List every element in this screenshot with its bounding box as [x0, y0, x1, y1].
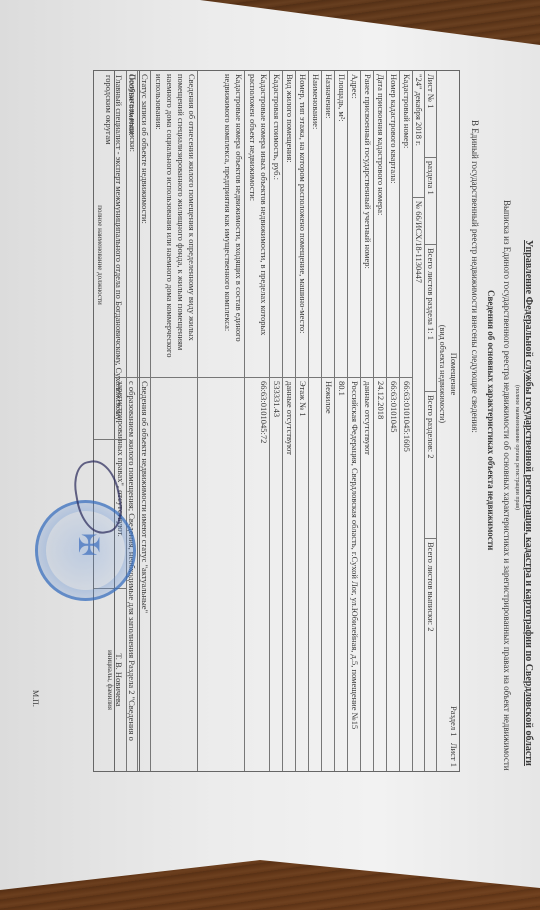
fields-list: Кадастровый номер:66:63:0101045:1605Номе…	[115, 71, 412, 771]
total-sections: Всего разделов: 2	[425, 392, 436, 539]
field-value: 66:63:0101045:1605	[400, 378, 412, 771]
official-name: Т. В. Новичева	[114, 593, 124, 767]
field-label: Кадастровая стоимость, руб.:	[270, 71, 282, 378]
object-type-row: Помещение (вид объекта недвижимости) Раз…	[436, 71, 459, 771]
field-value: данные отсутствуют	[283, 378, 295, 771]
intro-text: В Единый государственный реестр недвижим…	[470, 120, 480, 433]
characteristics-table: Помещение (вид объекта недвижимости) Раз…	[114, 70, 460, 772]
extract-number: № 66/ИСХ/18-1130447	[413, 198, 424, 771]
field-value: 66:63:0101045	[387, 378, 399, 771]
section-label: Раздел 1	[449, 706, 459, 736]
field-value: 533331.43	[270, 378, 282, 771]
field-label: Дата присвоения кадастрового номера:	[374, 71, 386, 378]
field-value: 66:63:0101045:72	[245, 378, 269, 771]
eagle-emblem-icon: ✠	[71, 533, 105, 556]
field-label: Сведения об отнесении жилого помещения к…	[151, 71, 197, 378]
field-label: Вид жилого помещения:	[283, 71, 295, 378]
authority-note: (полное наименование органа регистрации …	[514, 385, 520, 510]
sheet-number: Лист № 1	[425, 71, 436, 158]
position-note: полное наименование должности	[96, 75, 104, 435]
field-row: Ранее присвоенный государственный учетны…	[360, 71, 373, 771]
sheet-label: Лист 1	[449, 743, 459, 767]
field-value: Этаж № 1	[296, 378, 308, 771]
seal-place-label: М.П.	[31, 690, 40, 707]
field-label: Номер кадастрового квартала:	[387, 71, 399, 378]
field-row: Наименование:	[308, 71, 321, 771]
recipient-block: Получатель выписки: Главный специалист -…	[93, 70, 140, 772]
field-row: Сведения об отнесении жилого помещения к…	[150, 71, 197, 771]
field-value	[309, 378, 321, 771]
section-title: Сведения об основных характеристиках объ…	[486, 290, 496, 550]
section-name: раздела 1	[425, 158, 436, 245]
field-value: данные отсутствуют	[361, 378, 373, 771]
object-type-note: (вид объекта недвижимости)	[437, 74, 448, 674]
total-sheets: Всего листов выписки: 2	[425, 539, 436, 771]
field-label: Адрес:	[348, 71, 360, 378]
field-label: Кадастровый номер:	[400, 71, 412, 378]
rotated-document: Управление Федеральной службы государств…	[0, 0, 540, 910]
date-number-row: "24" декабря 2018 г. № 66/ИСХ/18-1130447	[412, 71, 424, 771]
field-value	[151, 378, 197, 771]
field-label: Ранее присвоенный государственный учетны…	[361, 71, 373, 378]
field-label: Кадастровые номера иных объектов недвижи…	[245, 71, 269, 378]
extract-date: "24" декабря 2018 г.	[413, 71, 424, 198]
field-row: Номер, тип этажа, на котором расположено…	[295, 71, 308, 771]
field-value: Российская Федерация, Свердловская облас…	[348, 378, 360, 771]
sheets-in-section: Всего листов раздела 1: 1	[425, 245, 436, 392]
sheet-info-row: Лист № 1 раздела 1 Всего листов раздела …	[424, 71, 436, 771]
field-label: Номер, тип этажа, на котором расположено…	[296, 71, 308, 378]
field-row: Дата присвоения кадастрового номера:24.1…	[373, 71, 386, 771]
field-label: Назначение:	[322, 71, 334, 378]
recipient-row: Получатель выписки:	[126, 71, 139, 771]
position-cell: Главный специалист - эксперт межмуниципа…	[94, 71, 126, 440]
field-label: Кадастровые номера объектов недвижимости…	[198, 71, 244, 378]
signature-row: Главный специалист - эксперт межмуниципа…	[94, 71, 126, 771]
object-type-value: Помещение	[448, 74, 459, 674]
field-row: Кадастровые номера объектов недвижимости…	[197, 71, 244, 771]
field-row: Адрес:Российская Федерация, Свердловская…	[347, 71, 360, 771]
field-label: Площадь, м²:	[335, 71, 347, 378]
field-row: Назначение:Нежилое	[321, 71, 334, 771]
field-row: Вид жилого помещения:данные отсутствуют	[282, 71, 295, 771]
name-note: инициалы, фамилия	[106, 593, 114, 767]
official-position: Главный специалист - эксперт межмуниципа…	[104, 75, 124, 435]
field-row: Площадь, м²:80.1	[334, 71, 347, 771]
extract-title: Выписка из Единого государственного реес…	[502, 200, 512, 771]
field-row: Номер кадастрового квартала:66:63:010104…	[386, 71, 399, 771]
field-row: Кадастровый номер:66:63:0101045:1605	[399, 71, 412, 771]
recipient-label: Получатель выписки:	[127, 71, 139, 378]
field-row: Кадастровые номера иных объектов недвижи…	[244, 71, 269, 771]
object-type: Помещение (вид объекта недвижимости)	[437, 71, 459, 677]
field-value: Нежилое	[322, 378, 334, 771]
field-label: Наименование:	[309, 71, 321, 378]
section-sheet-label: Раздел 1 Лист 1	[437, 677, 459, 771]
field-value: 80.1	[335, 378, 347, 771]
field-value: 24.12.2018	[374, 378, 386, 771]
name-cell: Т. В. Новичева инициалы, фамилия	[94, 589, 126, 771]
authority-title: Управление Федеральной службы государств…	[523, 240, 534, 766]
field-row: Кадастровая стоимость, руб.:533331.43	[269, 71, 282, 771]
field-value	[198, 378, 244, 771]
